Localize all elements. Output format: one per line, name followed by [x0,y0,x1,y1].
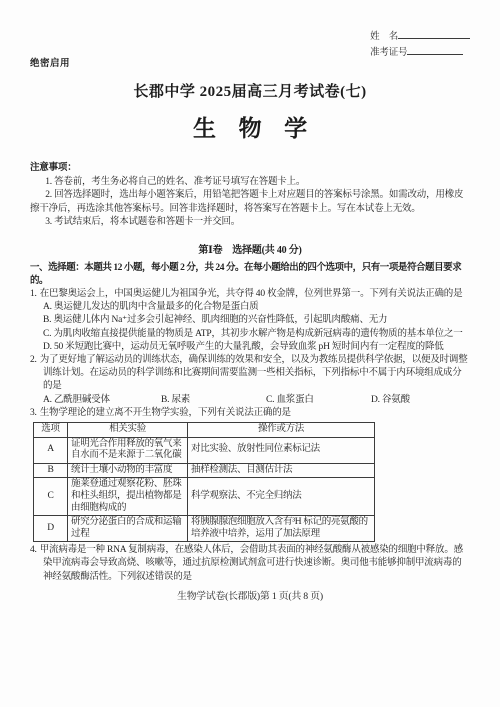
question-number: 1. [30,289,37,299]
question-intro: 一、选择题：本题共 12 小题，每小题 2 分，共 24 分。在每小题给出的四个… [30,262,470,288]
table-header-row: 选项 相关实验 操作或方法 [34,422,375,437]
question-number: 4. [30,545,37,555]
question-stem: 1.在巴黎奥运会上，中国奥运健儿为祖国争光，共夺得 40 枚金牌，位列世界第一。… [30,288,470,301]
table-header-cell: 操作或方法 [188,422,375,437]
table-header-cell: 选项 [34,422,68,437]
exam-id-field: 准考证号 [370,43,470,59]
name-underline [398,27,470,39]
secret-stamp: 绝密启用 [30,55,70,69]
option-item: D. 谷氨酸 [371,394,470,407]
question-text: 甲流病毒是一种 RNA 复制病毒，在感染人体后，会借助其表面的神经氨酸酶从被感染… [40,545,463,581]
candidate-info-block: 姓 名 准考证号 [370,27,470,59]
question-3: 3.生物学理论的建立离不开生物学实验，下列有关说法正确的是 选项 相关实验 操作… [30,407,470,543]
question-4: 4.甲流病毒是一种 RNA 复制病毒，在感染人体后，会借助其表面的神经氨酸酶从被… [30,544,470,584]
exam-paper-page: 绝密启用 姓 名 准考证号 长郡中学 2025届高三月考试卷(七) 生 物 学 … [0,0,500,707]
table-cell-method: 将胰腺腺泡细胞放入含有³H 标记的亮氨酸的培养液中培养，运用了加法原理 [188,516,375,542]
notice-block: 注意事项： 1. 答卷前，考生务必将自己的姓名、准考证号填写在答题卡上。 2. … [30,162,470,230]
question-1: 1.在巴黎奥运会上，中国奥运健儿为祖国争光，共夺得 40 枚金牌，位列世界第一。… [30,288,470,354]
exam-id-label: 准考证号 [370,45,407,61]
table-row: C 施莱登通过观察花粉、胚珠和柱头组织，提出植物都是由细胞构成的 科学观察法、不… [34,478,375,516]
table-cell-option: D [34,516,68,542]
option-line: A. 奥运健儿发达的肌肉中含量最多的化合物是蛋白质 [30,301,470,314]
notice-item: 1. 答卷前，考生务必将自己的姓名、准考证号填写在答题卡上。 [30,176,470,190]
table-cell-option: B [34,463,68,478]
question-2: 2.为了更好地了解运动员的训练状态，确保训练的效果和安全，以及为教练员提供科学依… [30,354,470,407]
exam-title: 长郡中学 2025届高三月考试卷(七) [30,80,470,101]
page-content: 长郡中学 2025届高三月考试卷(七) 生 物 学 注意事项： 1. 答卷前，考… [0,80,500,602]
table-cell-option: A [34,437,68,463]
question-text: 在巴黎奥运会上，中国奥运健儿为祖国争光，共夺得 40 枚金牌，位列世界第一。下列… [40,289,463,299]
table-cell-option: C [34,478,68,516]
question-text: 为了更好地了解运动员的训练状态，确保训练的效果和安全，以及为教练员提供科学依据，… [40,355,468,391]
option-line: B. 奥运健儿体内 Na⁺过多会引起神经、肌肉细胞的兴奋性降低，引起肌肉酸痛、无… [30,314,470,327]
exam-id-underline [407,43,463,55]
question-stem: 3.生物学理论的建立离不开生物学实验，下列有关说法正确的是 [30,407,470,420]
table-cell-experiment: 研究分泌蛋白的合成和运输过程 [68,516,188,542]
option-item: B. 尿素 [161,394,266,407]
experiment-table: 选项 相关实验 操作或方法 A 证明光合作用释放的氧气来自水而不是来源于二氧化碳… [33,422,375,542]
table-row: D 研究分泌蛋白的合成和运输过程 将胰腺腺泡细胞放入含有³H 标记的亮氨酸的培养… [34,516,375,542]
section-title: 第Ⅰ卷 选择题(共 40 分) [30,241,470,256]
option-item: C. 血浆蛋白 [266,394,371,407]
notice-heading: 注意事项： [30,162,470,176]
name-field: 姓 名 [370,27,470,43]
table-cell-experiment: 证明光合作用释放的氧气来自水而不是来源于二氧化碳 [68,437,188,463]
table-row: A 证明光合作用释放的氧气来自水而不是来源于二氧化碳 对比实验、放射性同位素标记… [34,437,375,463]
notice-item: 2. 回答选择题时，选出每小题答案后，用铅笔把答题卡上对应题目的答案标号涂黑。如… [30,189,470,216]
table-row: B 统计土壤小动物的丰富度 抽样检测法、目测估计法 [34,463,375,478]
subject-title: 生 物 学 [30,110,470,143]
table-cell-experiment: 统计土壤小动物的丰富度 [68,463,188,478]
question-number: 3. [30,408,37,418]
option-line: D. 50 米短跑比赛中，运动员无氧呼吸产生的大量乳酸，会导致血浆 pH 短时间… [30,341,470,354]
table-cell-method: 抽样检测法、目测估计法 [188,463,375,478]
table-cell-experiment: 施莱登通过观察花粉、胚珠和柱头组织，提出植物都是由细胞构成的 [68,478,188,516]
question-stem: 2.为了更好地了解运动员的训练状态，确保训练的效果和安全，以及为教练员提供科学依… [30,354,470,394]
table-cell-method: 科学观察法、不完全归纳法 [188,478,375,516]
option-line: C. 为肌肉收缩直接提供能量的物质是 ATP，其初步水解产物是构成新冠病毒的遗传… [30,328,470,341]
table-cell-method: 对比实验、放射性同位素标记法 [188,437,375,463]
question-text: 生物学理论的建立离不开生物学实验，下列有关说法正确的是 [40,408,291,418]
notice-item: 3. 考试结束后，将本试题卷和答题卡一并交回。 [30,216,470,230]
option-row: A. 乙酰胆碱受体 B. 尿素 C. 血浆蛋白 D. 谷氨酸 [30,394,470,407]
table-header-cell: 相关实验 [68,422,188,437]
question-stem: 4.甲流病毒是一种 RNA 复制病毒，在感染人体后，会借助其表面的神经氨酸酶从被… [30,544,470,584]
question-number: 2. [30,355,37,365]
page-footer: 生物学试卷(长郡版)第 1 页(共 8 页) [30,588,470,602]
option-item: A. 乙酰胆碱受体 [43,394,161,407]
